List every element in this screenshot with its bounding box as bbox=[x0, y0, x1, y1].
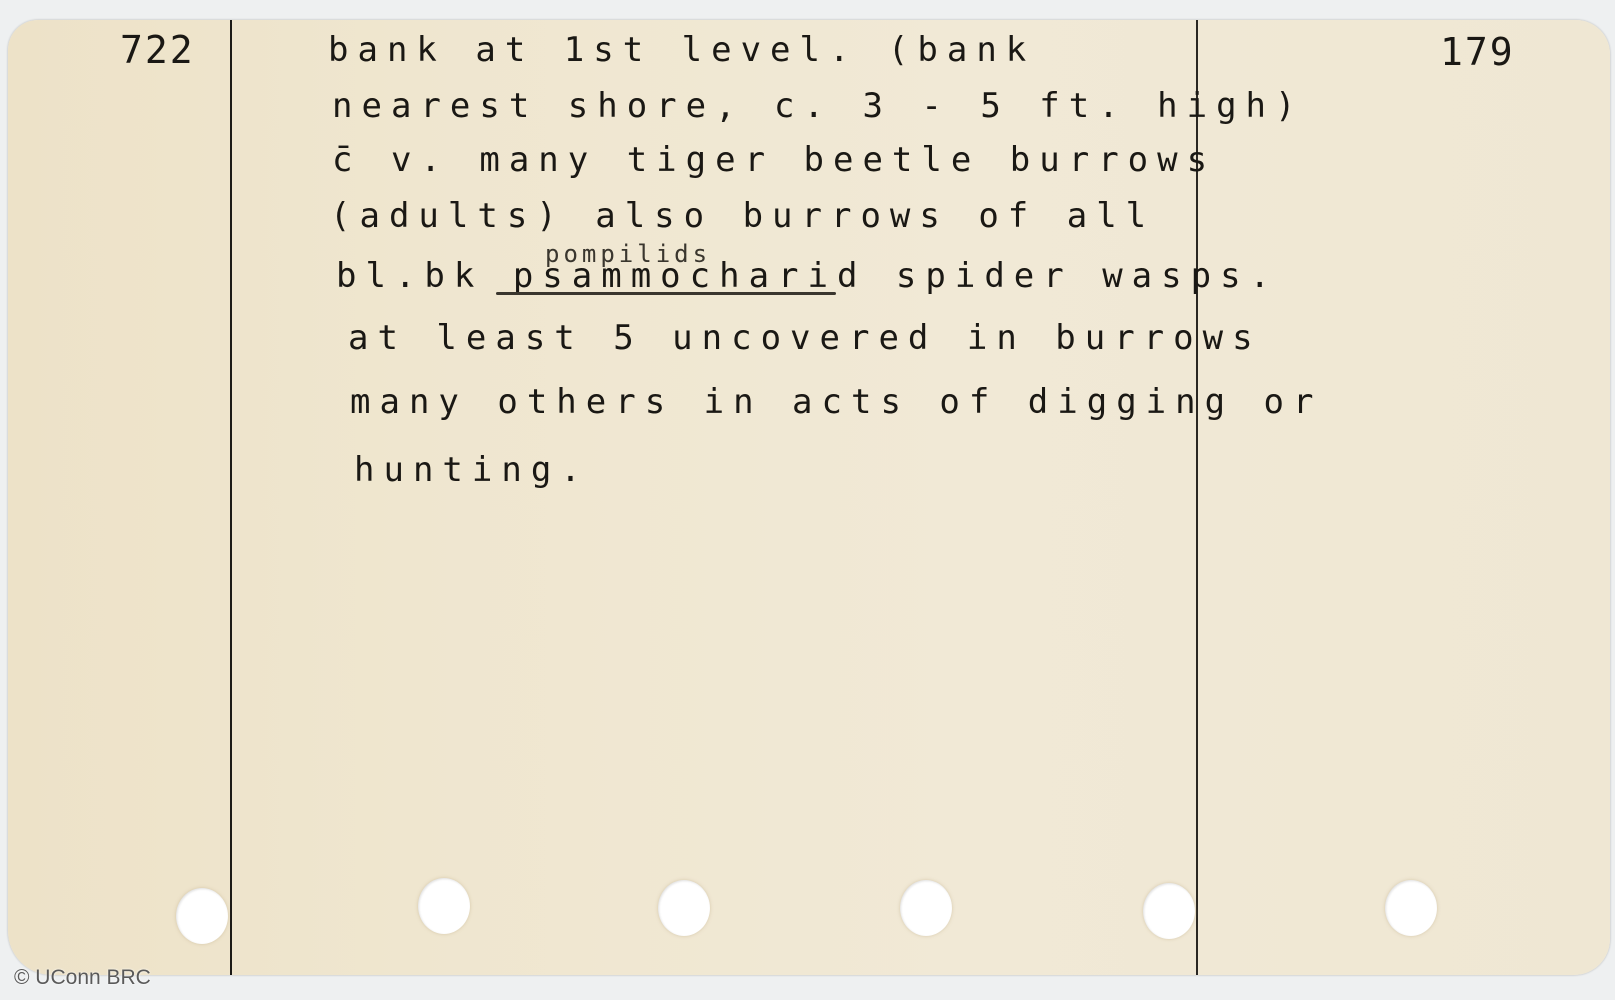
card-number: 722 bbox=[120, 28, 195, 72]
page-number: 179 bbox=[1440, 30, 1515, 74]
punch-hole-1 bbox=[176, 888, 228, 944]
strikethrough-underline bbox=[496, 292, 836, 295]
note-line-5: bl.bk psammocharid spider wasps. bbox=[336, 256, 1279, 296]
punch-hole-5 bbox=[1143, 883, 1195, 939]
left-margin-rule bbox=[230, 20, 232, 975]
note-line-3: c̄ v. many tiger beetle burrows bbox=[332, 140, 1216, 180]
note-line-6: at least 5 uncovered in burrows bbox=[348, 318, 1262, 358]
note-line-1: bank at 1st level. (bank bbox=[328, 30, 1035, 70]
note-line-8: hunting. bbox=[354, 450, 590, 490]
copyright-credit: © UConn BRC bbox=[14, 966, 151, 990]
punch-hole-4 bbox=[900, 880, 952, 936]
note-line-2: nearest shore, c. 3 - 5 ft. high) bbox=[332, 86, 1305, 126]
punch-hole-2 bbox=[418, 878, 470, 934]
note-line-4: (adults) also burrows of all bbox=[330, 196, 1155, 236]
note-line-7: many others in acts of digging or bbox=[350, 382, 1323, 422]
punch-hole-6 bbox=[1385, 880, 1437, 936]
punch-hole-3 bbox=[658, 880, 710, 936]
